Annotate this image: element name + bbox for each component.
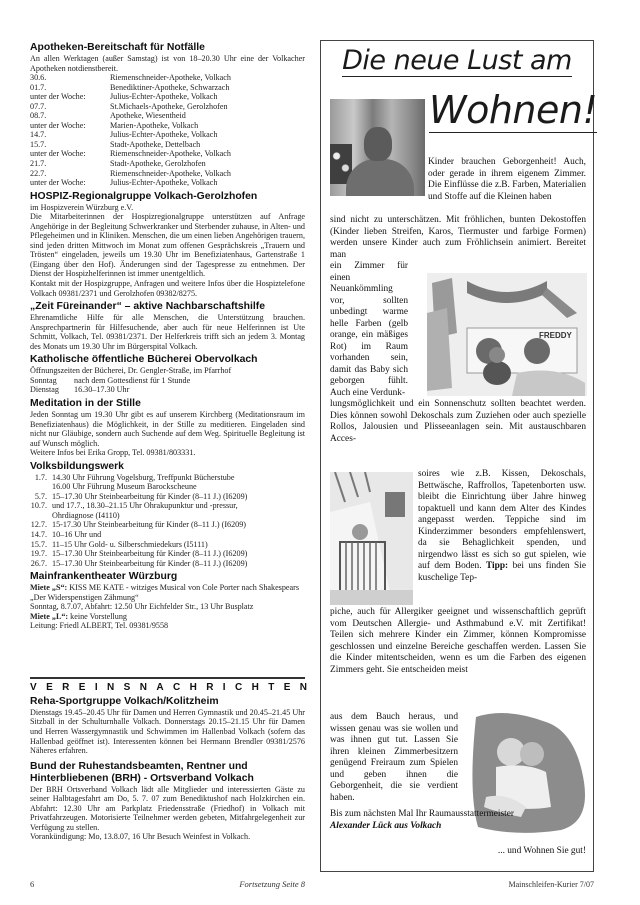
row-text: 11–15 Uhr Gold- u. Silberschmiedekurs (I… — [52, 540, 305, 550]
row-date — [30, 482, 52, 492]
row-date: 19.7. — [30, 549, 52, 559]
ad-tagline: ... und Wohnen Sie gut! — [330, 846, 586, 858]
vbw-row: 1.7.14.30 Uhr Führung Vogelsburg, Treffp… — [30, 473, 305, 483]
vbw-row: Ohrdiagnose (I4110) — [30, 511, 305, 521]
hospiz-subtitle: im Hospizverein Würzburg e.V. — [30, 203, 305, 213]
ad-text-5-main: soires wie z.B. Kissen, Dekoschals, Bett… — [418, 469, 586, 571]
ad-text-6: piche, auch für Allergiker geeignet und … — [330, 607, 586, 676]
vbw-row: 19.7.15–17.30 Uhr Steinbearbeitung für K… — [30, 549, 305, 559]
buecherei-text: Öffnungszeiten der Bücherei, Dr. Gengler… — [30, 366, 305, 376]
row-date: unter der Woche: — [30, 121, 110, 131]
apotheken-row: 08.7.Apotheke, Wiesentheid — [30, 111, 305, 121]
buecherei-row: Sonntagnach dem Gottesdienst für 1 Stund… — [30, 376, 305, 386]
ad-title-line2: Wohnen! — [429, 88, 597, 132]
brh-title: Bund der Ruhestandsbeamten, Rentner und … — [30, 761, 305, 785]
apotheken-list: 30.6.Riemenschneider-Apotheke, Volkach 0… — [30, 73, 305, 188]
portrait-photo — [330, 99, 425, 196]
row-text: 15–17.30 Uhr Steinbearbeitung für Kinder… — [52, 549, 305, 559]
ad-text-7: aus dem Bauch heraus, und wissen genau w… — [330, 712, 458, 804]
meditation-contact: Weitere Infos bei Erika Gropp, Tel. 0938… — [30, 448, 305, 458]
row-pharmacy: Riemenschneider-Apotheke, Volkach — [110, 169, 305, 179]
apotheken-row: 22.7.Riemenschneider-Apotheke, Volkach — [30, 169, 305, 179]
ad-title-line1-text: Die neue Lust am — [342, 45, 572, 77]
apotheken-row: 30.6.Riemenschneider-Apotheke, Volkach — [30, 73, 305, 83]
reha-text: Dienstags 19.45–20.45 Uhr für Damen und … — [30, 708, 305, 756]
row-text: 15–17.30 Uhr Steinbearbeitung für Kinder… — [52, 559, 305, 569]
tipp-label: Tipp: — [486, 561, 508, 571]
ad-text-4: lungsmöglichkeit und ein Sonnenschutz so… — [330, 399, 586, 445]
row-date: 07.7. — [30, 102, 110, 112]
vbw-row: 16.00 Uhr Führung Museum Barockscheune — [30, 482, 305, 492]
page-footer-left: 6 Fortsetzung Seite 8 — [30, 879, 305, 889]
row-pharmacy: St.Michaels-Apotheke, Gerolzhofen — [110, 102, 305, 112]
apotheken-intro: An allen Werktagen (außer Samstag) ist v… — [30, 54, 305, 73]
vbw-row: 15.7.11–15 Uhr Gold- u. Silberschmiedeku… — [30, 540, 305, 550]
row-time: nach dem Gottesdienst für 1 Stunde — [74, 376, 305, 386]
row-date: 5.7. — [30, 492, 52, 502]
person-head — [364, 127, 392, 161]
row-date: 12.7. — [30, 520, 52, 530]
vereinsnachrichten-header: VEREINSNACHRICHTEN — [30, 677, 305, 693]
row-date: unter der Woche: — [30, 92, 110, 102]
hospiz-contact: Kontakt mit der Hospizgruppe, Anfragen u… — [30, 279, 305, 298]
row-pharmacy: Riemenschneider-Apotheke, Volkach — [110, 73, 305, 83]
apotheken-title: Apotheken-Bereitschaft für Notfälle — [30, 42, 305, 54]
row-date: 01.7. — [30, 83, 110, 93]
brh-body: Der BRH Ortsverband Volkach lädt alle Mi… — [30, 785, 305, 842]
row-date: 14.7. — [30, 530, 52, 540]
row-date: 10.7. — [30, 501, 52, 511]
kids-room-photo: FREDDY — [427, 273, 587, 396]
apotheken-row: unter der Woche:Marien-Apotheke, Volkach — [30, 121, 305, 131]
crib-photo — [330, 472, 413, 605]
theater-miete-l: Miete „L“: keine Vorstellung — [30, 612, 305, 622]
miete-l-text: keine Vorstellung — [68, 612, 127, 621]
vbw-row: 26.7.15–17.30 Uhr Steinbearbeitung für K… — [30, 559, 305, 569]
ad-text-5: soires wie z.B. Kissen, Dekoschals, Bett… — [418, 469, 586, 584]
vereinsnachrichten-title: VEREINSNACHRICHTEN — [30, 682, 305, 693]
apotheken-row: unter der Woche:Julius-Echter-Apotheke, … — [30, 178, 305, 188]
row-pharmacy: Riemenschneider-Apotheke, Volkach — [110, 149, 305, 159]
ad-closing: Bis zum nächsten Mal Ihr Raumausstatterm… — [330, 809, 586, 821]
row-text: 15–17.30 Uhr Steinbearbeitung für Kinder… — [52, 492, 305, 502]
reha-title: Reha-Sportgruppe Volkach/Kolitzheim — [30, 696, 305, 708]
zeit-title: „Zeit Füreinander“ – aktive Nachbarschaf… — [30, 301, 305, 313]
row-pharmacy: Julius-Echter-Apotheke, Volkach — [110, 130, 305, 140]
row-date: 15.7. — [30, 540, 52, 550]
kids-room-illustration: FREDDY — [427, 273, 587, 396]
row-pharmacy: Marien-Apotheke, Volkach — [110, 121, 305, 131]
row-text: Ohrdiagnose (I4110) — [52, 511, 305, 521]
vbw-row: 14.7.10–16 Uhr und — [30, 530, 305, 540]
row-date: unter der Woche: — [30, 149, 110, 159]
vbw-list: 1.7.14.30 Uhr Führung Vogelsburg, Treffp… — [30, 473, 305, 568]
theater-body: Miete „S“: KISS ME KATE - witziges Music… — [30, 583, 305, 631]
apotheken-row: 21.7.Stadt-Apotheke, Gerolzhofen — [30, 159, 305, 169]
row-date: 1.7. — [30, 473, 52, 483]
row-text: 10–16 Uhr und — [52, 530, 305, 540]
row-date: 22.7. — [30, 169, 110, 179]
ad-signature: Alexander Lück aus Volkach — [330, 821, 586, 833]
vbw-title: Volksbildungswerk — [30, 461, 305, 473]
theater-miete-s: Miete „S“: KISS ME KATE - witziges Music… — [30, 583, 305, 602]
miete-s-text: KISS ME KATE - witziges Musical von Cole… — [30, 583, 299, 602]
row-day: Dienstag — [30, 385, 74, 395]
miete-l-label: Miete „L“: — [30, 612, 68, 621]
hospiz-body: im Hospizverein Würzburg e.V. Die Mitarb… — [30, 203, 305, 298]
row-date — [30, 511, 52, 521]
row-pharmacy: Benediktiner-Apotheke, Schwarzach — [110, 83, 305, 93]
row-pharmacy: Apotheke, Wiesentheid — [110, 111, 305, 121]
left-column: Apotheken-Bereitschaft für Notfälle An a… — [30, 42, 305, 842]
meditation-title: Meditation in der Stille — [30, 398, 305, 410]
row-time: 16.30–17.30 Uhr — [74, 385, 305, 395]
buecherei-title: Katholische öffentliche Bücherei Obervol… — [30, 354, 305, 366]
row-text: und 17.7., 18.30–21.15 Uhr Ohrakupunktur… — [52, 501, 305, 511]
apotheken-row: 07.7.St.Michaels-Apotheke, Gerolzhofen — [30, 102, 305, 112]
publication-footer: Mainschleifen-Kurier 7/07 — [400, 880, 594, 889]
apotheken-row: unter der Woche:Riemenschneider-Apotheke… — [30, 149, 305, 159]
row-pharmacy: Stadt-Apotheke, Gerolzhofen — [110, 159, 305, 169]
ad-title-line2-text: Wohnen! — [429, 88, 597, 133]
hospiz-text: Die Mitarbeiterinnen der Hospizregionalg… — [30, 212, 305, 279]
ad-text-3: ein Zimmer für einen Neuankömmling vor, … — [330, 261, 408, 400]
row-pharmacy: Julius-Echter-Apotheke, Volkach — [110, 92, 305, 102]
apotheken-row: 14.7.Julius-Echter-Apotheke, Volkach — [30, 130, 305, 140]
row-date: 30.6. — [30, 73, 110, 83]
vbw-row: 5.7.15–17.30 Uhr Steinbearbeitung für Ki… — [30, 492, 305, 502]
row-text: 15-17.30 Uhr Steinbearbeitung für Kinder… — [52, 520, 305, 530]
hospiz-title: HOSPIZ-Regionalgruppe Volkach-Gerolzhofe… — [30, 191, 305, 203]
ad-text-intro: Kinder brauchen Geborgenheit! Auch, oder… — [428, 157, 586, 203]
row-text: 14.30 Uhr Führung Vogelsburg, Treffpunkt… — [52, 473, 305, 483]
freddy-label: FREDDY — [539, 331, 573, 340]
vbw-row: 12.7.15-17.30 Uhr Steinbearbeitung für K… — [30, 520, 305, 530]
row-pharmacy: Stadt-Apotheke, Dettelbach — [110, 140, 305, 150]
row-date: 08.7. — [30, 111, 110, 121]
apotheken-row: unter der Woche:Julius-Echter-Apotheke, … — [30, 92, 305, 102]
row-date: 26.7. — [30, 559, 52, 569]
brh-text: Der BRH Ortsverband Volkach lädt alle Mi… — [30, 785, 305, 833]
miete-s-label: Miete „S“: — [30, 583, 67, 592]
theater-departure: Sonntag, 8.7.07, Abfahrt: 12.50 Uhr Eich… — [30, 602, 305, 612]
row-date: 14.7. — [30, 130, 110, 140]
zeit-text: Ehrenamtliche Hilfe für alle Menschen, d… — [30, 313, 305, 351]
apotheken-row: 01.7.Benediktiner-Apotheke, Schwarzach — [30, 83, 305, 93]
meditation-text: Jeden Sonntag um 19.30 Uhr gibt es auf u… — [30, 410, 305, 448]
row-date: unter der Woche: — [30, 178, 110, 188]
ad-text-2: sind nicht zu unterschätzen. Mit fröhlic… — [330, 215, 586, 261]
meditation-body: Jeden Sonntag um 19.30 Uhr gibt es auf u… — [30, 410, 305, 458]
row-date: 21.7. — [30, 159, 110, 169]
vbw-row: 10.7.und 17.7., 18.30–21.15 Uhr Ohrakupu… — [30, 501, 305, 511]
theater-contact: Leitung: Friedl ALBERT, Tel. 09381/9558 — [30, 621, 305, 631]
page-number: 6 — [30, 879, 34, 889]
row-pharmacy: Julius-Echter-Apotheke, Volkach — [110, 178, 305, 188]
row-date: 15.7. — [30, 140, 110, 150]
row-day: Sonntag — [30, 376, 74, 386]
continuation-note: Fortsetzung Seite 8 — [239, 879, 305, 889]
person-torso — [346, 159, 414, 196]
apotheken-row: 15.7.Stadt-Apotheke, Dettelbach — [30, 140, 305, 150]
theater-title: Mainfrankentheater Würzburg — [30, 571, 305, 583]
buecherei-row: Dienstag16.30–17.30 Uhr — [30, 385, 305, 395]
crib-illustration — [330, 472, 413, 605]
row-text: 16.00 Uhr Führung Museum Barockscheune — [52, 482, 305, 492]
brh-announcement: Vorankündigung: Mo, 13.8.07, 16 Uhr Besu… — [30, 832, 305, 842]
ad-title-line1: Die neue Lust am — [321, 45, 593, 76]
